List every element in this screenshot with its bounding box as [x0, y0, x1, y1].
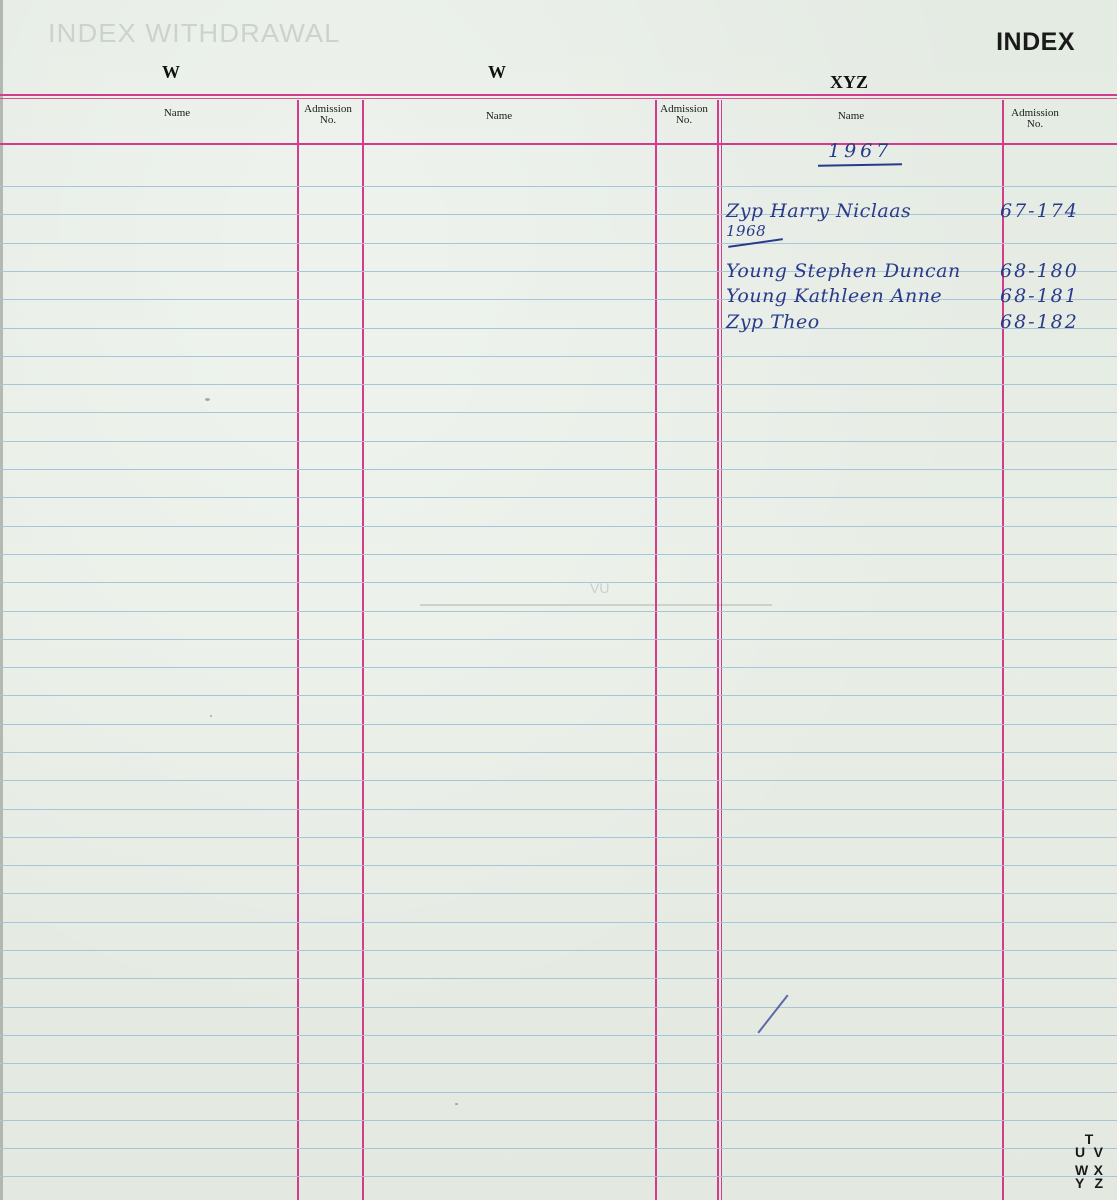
entry-name: Zyp Harry Niclaas [726, 200, 911, 222]
paper-speck [205, 398, 210, 401]
index-tab-letters: T UV WX YZ [1075, 1133, 1103, 1190]
bleed-through-rule [420, 604, 772, 606]
ruled-line [0, 441, 1117, 442]
ruled-line [0, 837, 1117, 838]
tab-letter: Y [1075, 1177, 1084, 1190]
ruled-line [0, 554, 1117, 555]
ruled-line [0, 611, 1117, 612]
entry-admission-no: 68-181 [1000, 285, 1079, 307]
ruled-line [0, 1148, 1117, 1149]
column-header-name: Name [486, 111, 512, 122]
ruled-line [0, 582, 1117, 583]
ruled-line [0, 695, 1117, 696]
ruled-line [0, 299, 1117, 300]
entry-name: Young Kathleen Anne [726, 285, 942, 307]
ruled-line [0, 667, 1117, 668]
header-bottom-rule [0, 143, 1117, 145]
year-underline [818, 163, 902, 166]
page-binding-edge [0, 0, 3, 1200]
ruled-line [0, 1120, 1117, 1121]
ruled-line [0, 526, 1117, 527]
section-letter-3: XYZ [830, 72, 868, 93]
tab-letter: Z [1094, 1177, 1103, 1190]
ruled-line [0, 356, 1117, 357]
tab-letter: V [1094, 1146, 1103, 1159]
ruled-line [0, 1063, 1117, 1064]
column-header-admission: Admission No. [1011, 108, 1059, 130]
ruled-line [0, 922, 1117, 923]
ruled-line [0, 950, 1117, 951]
tab-letter: T [1085, 1133, 1094, 1146]
ruled-line [0, 752, 1117, 753]
ruled-line [0, 1176, 1117, 1177]
paper-speck [210, 715, 212, 717]
column-header-name: Name [838, 111, 864, 122]
ruled-line [0, 214, 1117, 215]
section-letter-1: W [162, 62, 180, 83]
section-letter-2: W [488, 62, 506, 83]
header-top-rule [0, 94, 1117, 96]
ruled-line [0, 469, 1117, 470]
ruled-line [0, 809, 1117, 810]
admission-label-line2: No. [660, 115, 708, 126]
ruled-line [0, 412, 1117, 413]
entry-admission-no: 67-174 [1000, 200, 1079, 222]
tab-letter: U [1075, 1146, 1085, 1159]
stray-pen-mark [757, 994, 788, 1033]
ruled-line [0, 243, 1117, 244]
ruled-line [0, 639, 1117, 640]
header-top-rule-secondary [0, 98, 1117, 99]
page-title: INDEX [996, 28, 1075, 57]
ruled-line [0, 328, 1117, 329]
ruled-line [0, 724, 1117, 725]
ruled-line [0, 186, 1117, 187]
entry-name: Young Stephen Duncan [726, 260, 961, 282]
column-header-name: Name [164, 108, 190, 119]
ruled-line [0, 1092, 1117, 1093]
column-header-admission: Admission No. [304, 104, 352, 126]
admission-label-line2: No. [304, 115, 352, 126]
ruled-line [0, 1035, 1117, 1036]
year-heading-1967: 1967 [828, 140, 892, 162]
ruled-line [0, 865, 1117, 866]
entry-name: Zyp Theo [726, 311, 820, 333]
ruled-line [0, 384, 1117, 385]
ruled-line [0, 978, 1117, 979]
admission-label-line2: No. [1011, 119, 1059, 130]
paper-speck [455, 1103, 458, 1105]
column-header-admission: Admission No. [660, 104, 708, 126]
entry-admission-no: 68-180 [1000, 260, 1079, 282]
ruled-line [0, 780, 1117, 781]
year-heading-1968: 1968 [726, 222, 766, 240]
ruled-line [0, 497, 1117, 498]
entry-admission-no: 68-182 [1000, 311, 1079, 333]
bleed-through-title: INDEX WITHDRAWAL [48, 18, 340, 49]
ruled-line [0, 893, 1117, 894]
ledger-page: INDEX WITHDRAWAL VU INDEX W W XYZ Name A… [0, 0, 1117, 1200]
ruled-line [0, 1007, 1117, 1008]
